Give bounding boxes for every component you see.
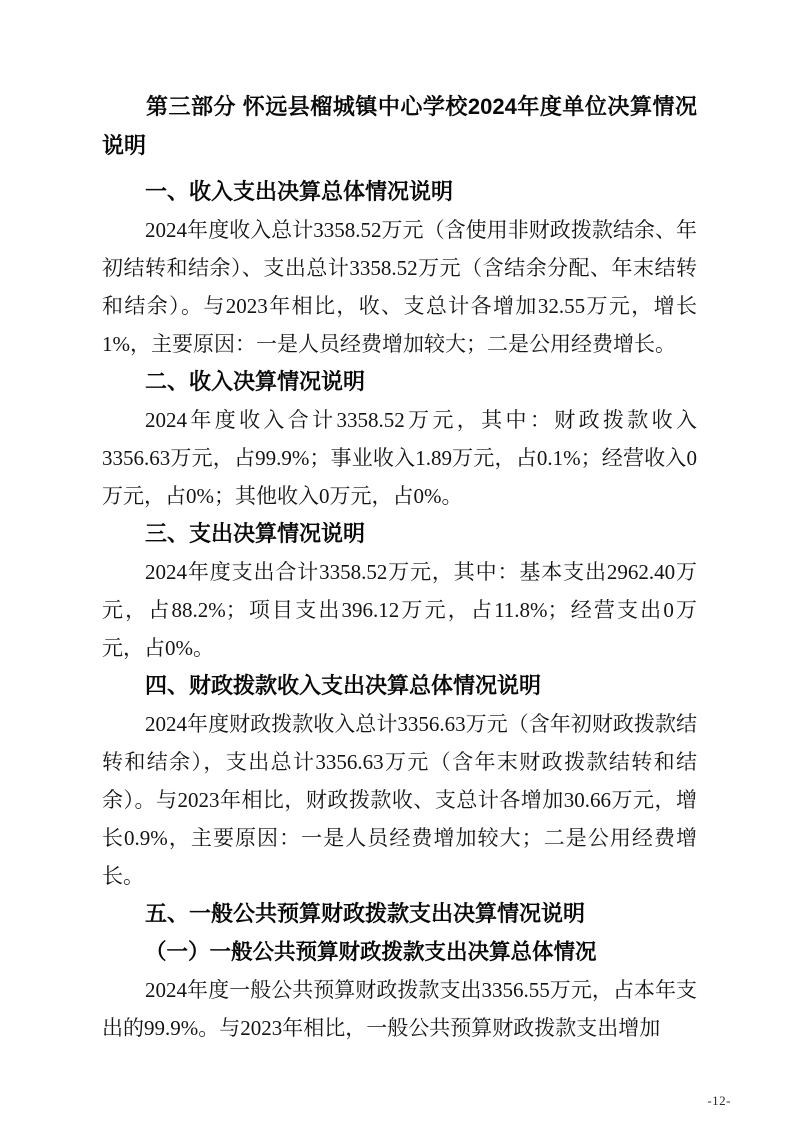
section-3-heading: 三、支出决算情况说明 (102, 515, 697, 553)
section-5-heading: 五、一般公共预算财政拨款支出决算情况说明 (102, 895, 697, 933)
document-title: 第三部分 怀远县榴城镇中心学校2024年度单位决算情况说明 (102, 87, 697, 165)
document-content: 第三部分 怀远县榴城镇中心学校2024年度单位决算情况说明 一、收入支出决算总体… (102, 87, 697, 1047)
section-2-paragraph: 2024年度收入合计3358.52万元，其中：财政拨款收入3356.63万元，占… (102, 401, 697, 515)
section-4-heading: 四、财政拨款收入支出决算总体情况说明 (102, 667, 697, 705)
document-page: 第三部分 怀远县榴城镇中心学校2024年度单位决算情况说明 一、收入支出决算总体… (0, 0, 793, 1122)
section-5-paragraph: 2024年度一般公共预算财政拨款支出3356.55万元，占本年支出的99.9%。… (102, 971, 697, 1047)
section-1-paragraph: 2024年度收入总计3358.52万元（含使用非财政拨款结余、年初结转和结余）、… (102, 211, 697, 363)
section-3-paragraph: 2024年度支出合计3358.52万元，其中：基本支出2962.40万元，占88… (102, 553, 697, 667)
section-4-paragraph: 2024年度财政拨款收入总计3356.63万元（含年初财政拨款结转和结余），支出… (102, 705, 697, 895)
page-number: -12- (707, 1093, 731, 1109)
section-1-heading: 一、收入支出决算总体情况说明 (102, 173, 697, 211)
section-5-subheading: （一）一般公共预算财政拨款支出决算总体情况 (102, 933, 697, 971)
section-2-heading: 二、收入决算情况说明 (102, 363, 697, 401)
